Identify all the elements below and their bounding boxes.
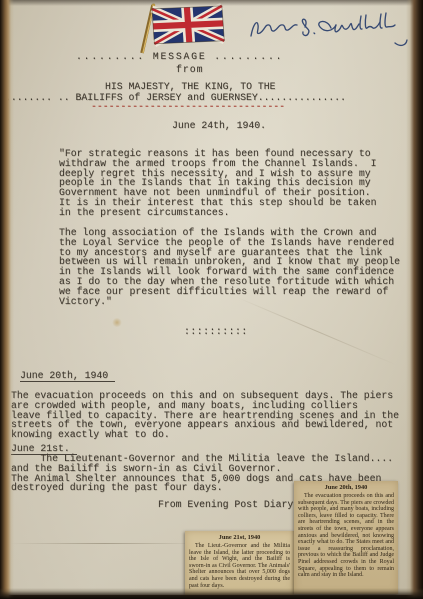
clipping-heading: June 20th, 1940: [298, 484, 394, 491]
newspaper-clipping-june-20: June 20th, 1940 The evacuation proceeds …: [294, 481, 398, 594]
colon-separator: ::::::::::: [184, 327, 248, 337]
message-title-line: ......... MESSAGE .........: [76, 52, 283, 62]
clipping-body: The Lieut.-Governor and the Militia leav…: [189, 543, 290, 589]
addressee-line-1: HIS MAJESTY, THE KING, TO THE: [105, 82, 276, 92]
flag-cloth: [152, 6, 224, 44]
diary-entry-june-20: The evacuation proceeds on this and on s…: [11, 391, 399, 440]
paper-stain: [112, 318, 122, 327]
newspaper-clipping-june-21: June 21st, 1940 The Lieut.-Governor and …: [185, 531, 294, 595]
scrapbook-photo: ......... MESSAGE ......... from HIS MAJ…: [0, 0, 423, 599]
clipping-heading: June 21st, 1940: [189, 534, 290, 541]
union-jack-flag-icon: [120, 2, 230, 54]
paper-crease: [10, 543, 200, 544]
red-dashed-rule: ---------------------------------: [91, 102, 285, 112]
union-jack-flag: [120, 2, 230, 54]
diary-attribution: From Evening Post Diary.: [158, 500, 299, 510]
from-label: from: [176, 65, 204, 75]
diary-date-heading-june-20: June 20th, 1940: [20, 371, 115, 382]
message-paragraph-2: The long association of the Islands with…: [59, 228, 400, 306]
clipping-body: The evacuation proceeds on this and subs…: [298, 493, 394, 579]
churchill-signature: [245, 4, 417, 52]
diary-date-heading-june-20-text: June 20th, 1940: [20, 371, 115, 382]
message-paragraph-1: "For strategic reasons it has been found…: [59, 149, 376, 218]
message-date: June 24th, 1940.: [172, 121, 266, 131]
signature-ink-icon: [245, 4, 417, 52]
